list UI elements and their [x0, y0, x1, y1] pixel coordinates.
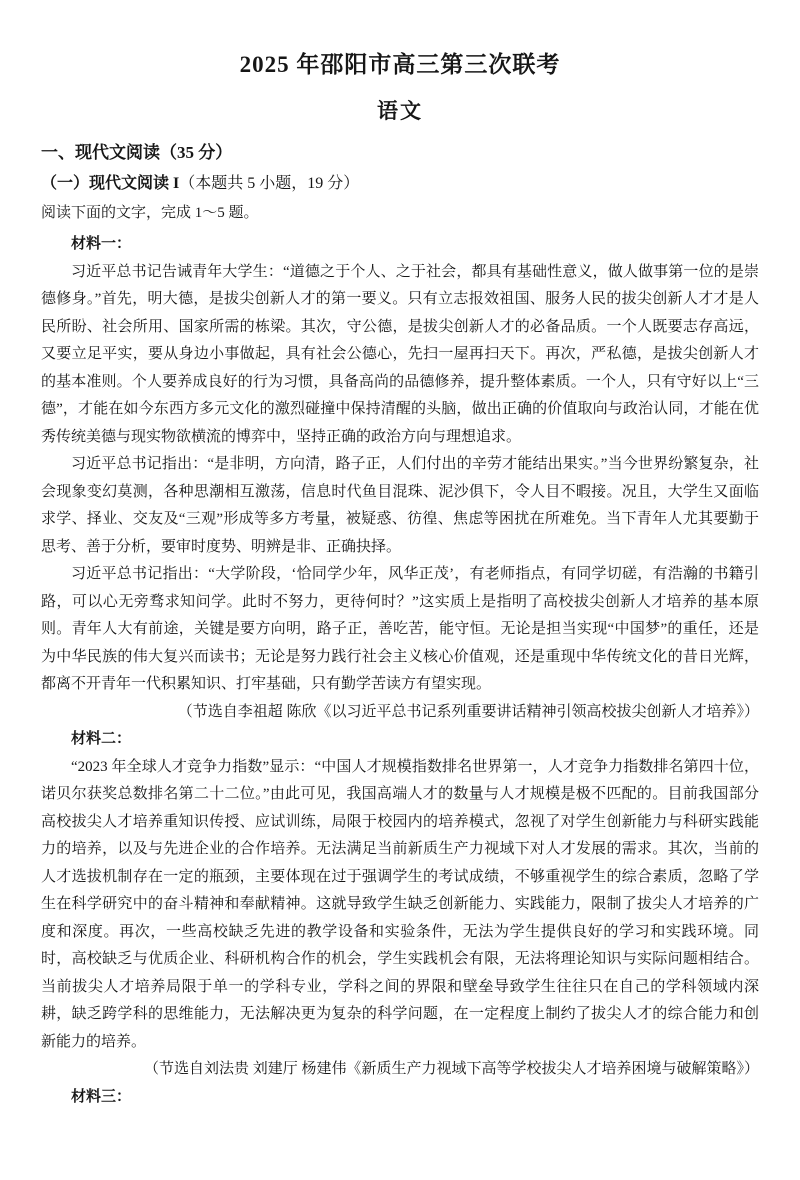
material-two-label: 材料二：: [41, 726, 759, 754]
material-one-paragraph-3: 习近平总书记指出：“大学阶段，‘恰同学少年，风华正茂’，有老师指点，有同学切磋，…: [41, 561, 759, 699]
material-one-paragraph-2: 习近平总书记指出：“是非明，方向清，路子正，人们付出的辛劳才能结出果实。”当今世…: [41, 451, 759, 561]
reading-content: 材料一： 习近平总书记告诫青年大学生：“道德之于个人、之于社会，都具有基础性意义…: [41, 231, 759, 1111]
subsection-heading: （一）现代文阅读 I（本题共 5 小题，19 分）: [41, 173, 759, 195]
exam-page: 2025 年邵阳市高三第三次联考 语文 一、现代文阅读（35 分） （一）现代文…: [0, 0, 800, 1180]
subsection-note: （本题共 5 小题，19 分）: [179, 175, 359, 192]
material-one: 材料一： 习近平总书记告诫青年大学生：“道德之于个人、之于社会，都具有基础性意义…: [41, 231, 759, 726]
material-one-attribution: （节选自李祖超 陈欣《以习近平总书记系列重要讲话精神引领高校拔尖创新人才培养》）: [41, 699, 759, 727]
material-three-label: 材料三：: [41, 1084, 759, 1112]
subsection-title: （一）现代文阅读 I: [41, 175, 179, 192]
material-three: 材料三：: [41, 1084, 759, 1112]
material-one-paragraph-1: 习近平总书记告诫青年大学生：“道德之于个人、之于社会，都具有基础性意义，做人做事…: [41, 259, 759, 452]
exam-subject: 语文: [41, 97, 759, 125]
material-two-attribution: （节选自刘法贵 刘建厅 杨建伟《新质生产力视域下高等学校拔尖人才培养困境与破解策…: [41, 1056, 759, 1084]
material-two-paragraph-1: “2023 年全球人才竞争力指数”显示：“中国人才规模指数排名世界第一，人才竞争…: [41, 754, 759, 1057]
exam-title: 2025 年邵阳市高三第三次联考: [41, 50, 759, 80]
material-two: 材料二： “2023 年全球人才竞争力指数”显示：“中国人才规模指数排名世界第一…: [41, 726, 759, 1084]
reading-instruction: 阅读下面的文字，完成 1～5 题。: [41, 203, 759, 224]
material-one-label: 材料一：: [41, 231, 759, 259]
section-heading: 一、现代文阅读（35 分）: [41, 141, 759, 164]
